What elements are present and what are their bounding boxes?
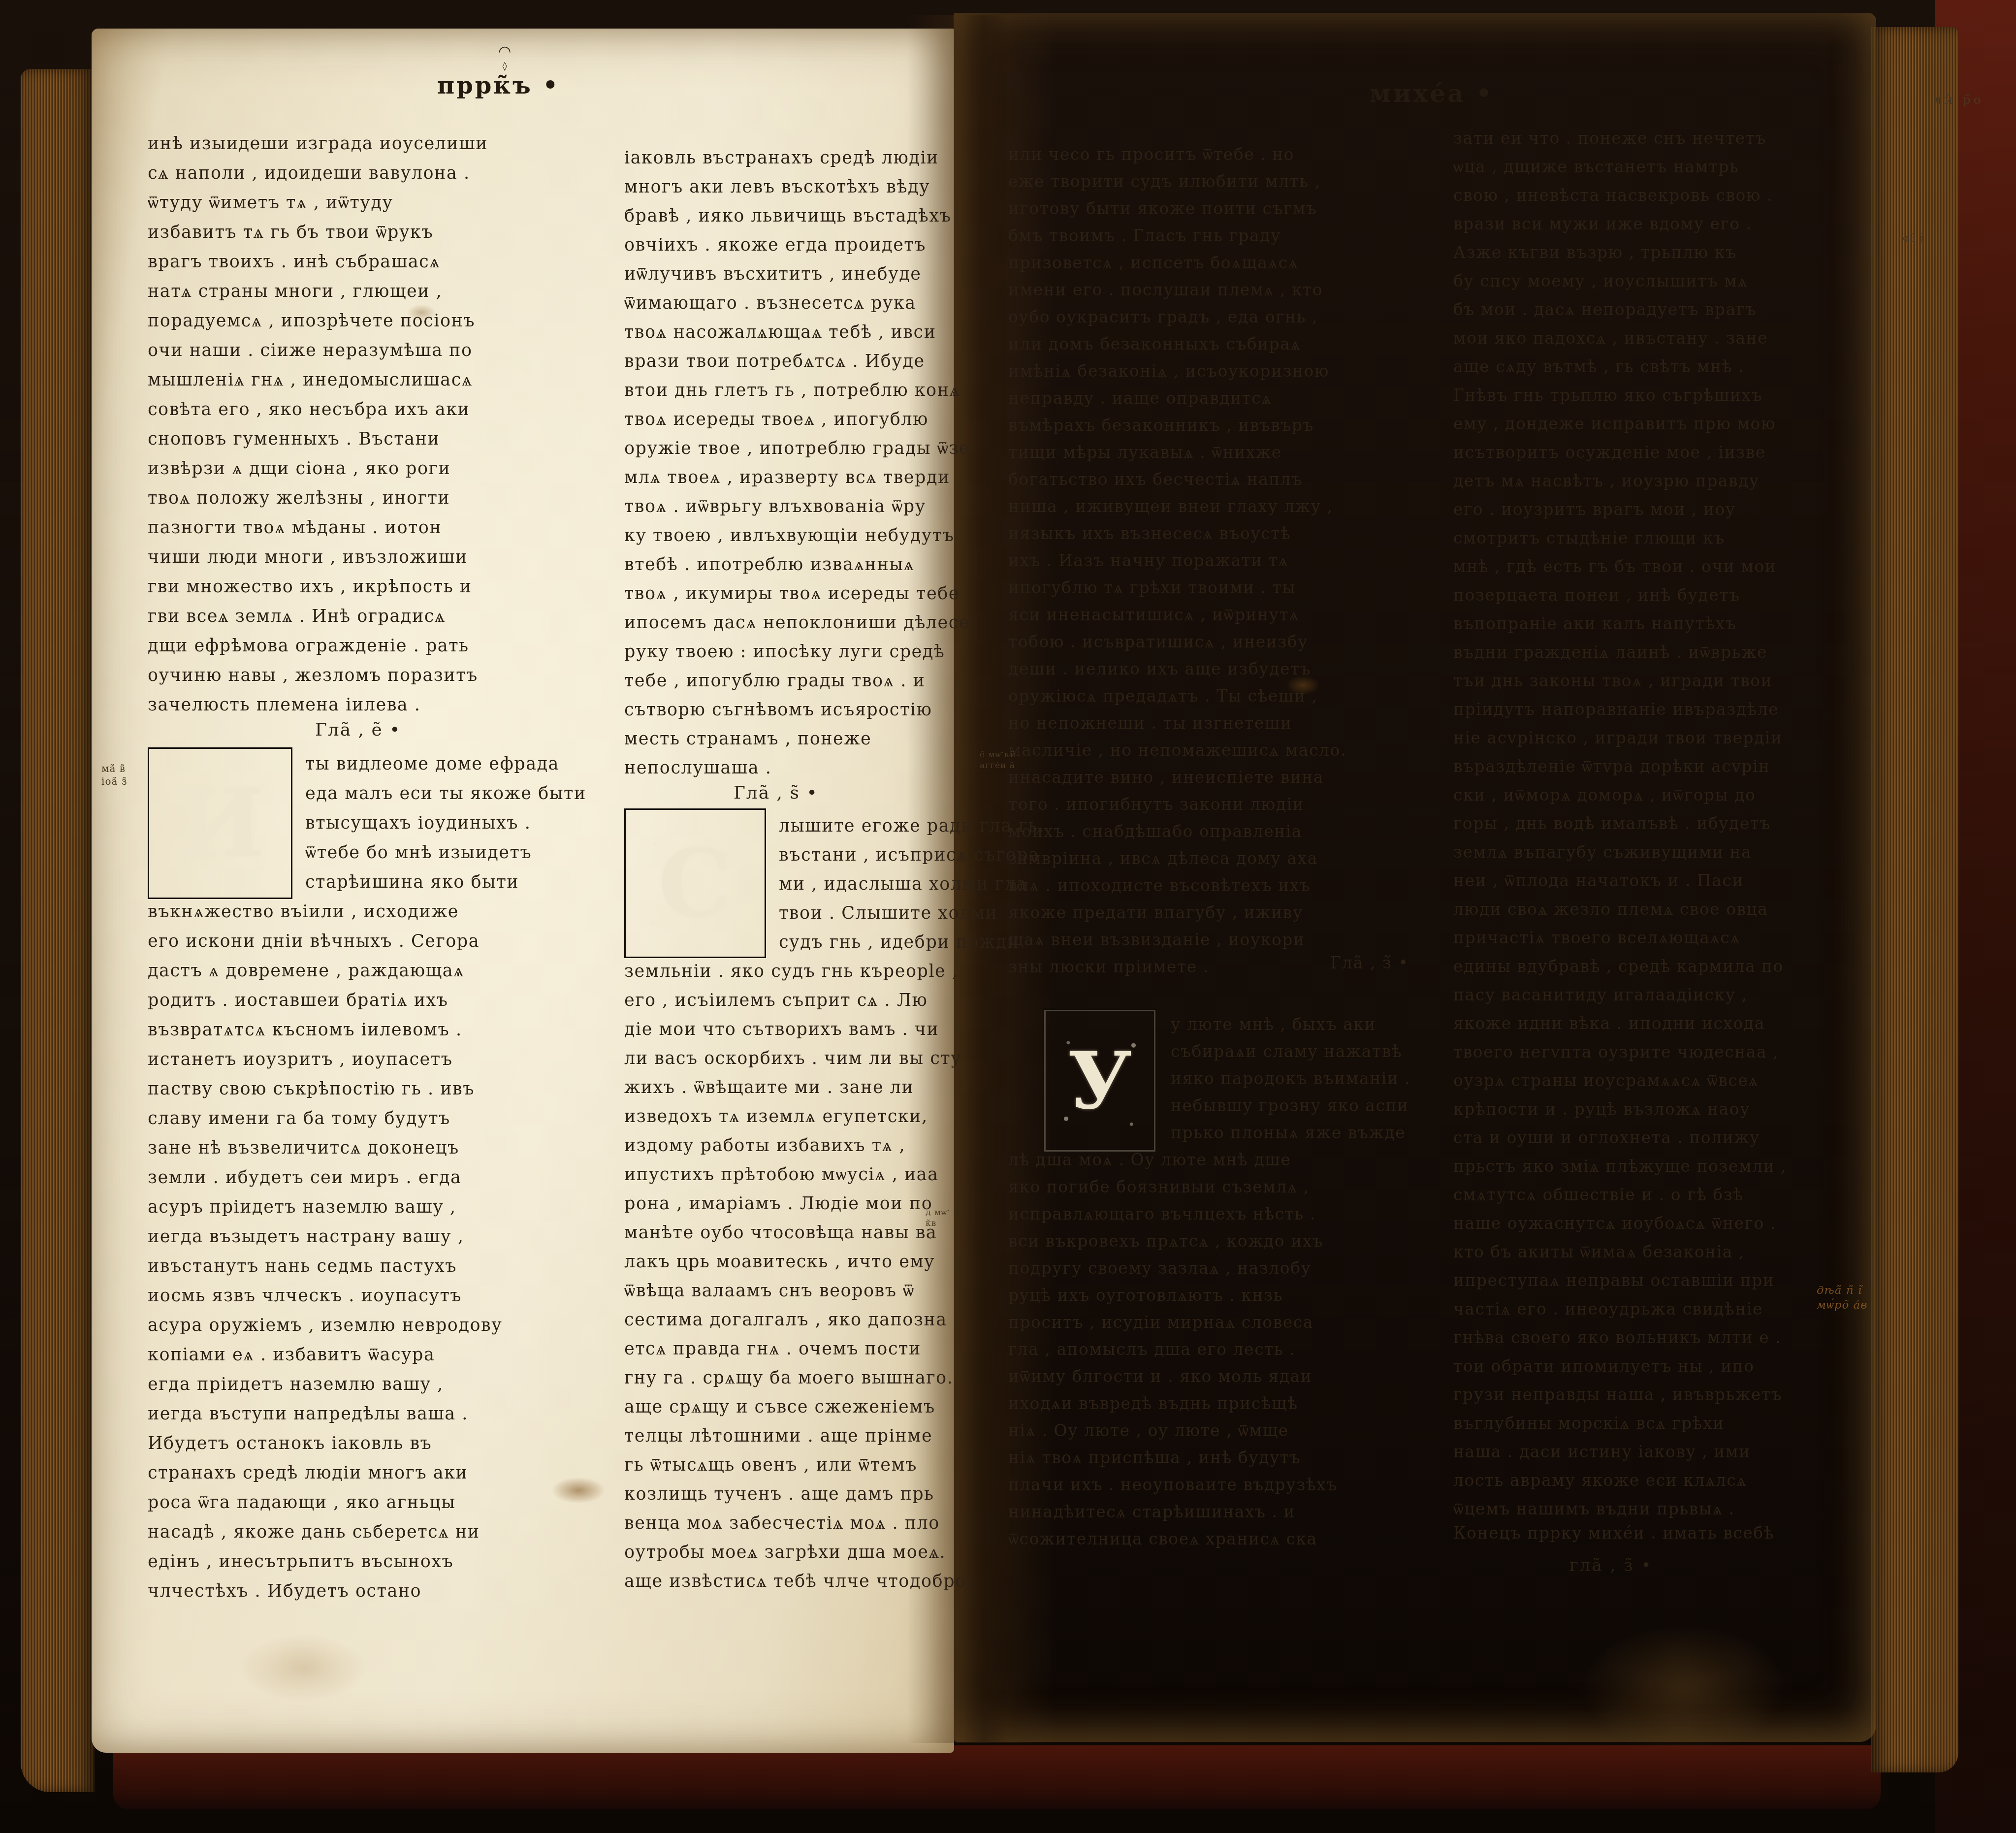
text-line: іоа̃ з̃: [101, 775, 128, 788]
text-line: въмѣрахъ безаконникъ , ивъвъръ: [1008, 412, 1346, 439]
text-line: егда пріидетъ наземлю вашу ,: [148, 1370, 502, 1399]
text-line: тъи днь законы твоѧ , игради твои: [1453, 667, 1787, 695]
header-ornament-diamond: ◊: [503, 61, 507, 71]
foxing-stain: [239, 1634, 367, 1703]
text-line: въстани , исъприсѧ съгора: [779, 841, 1044, 870]
text-line: яси иненасытишисѧ , иѿринутѧ: [1008, 601, 1346, 628]
text-line: ніѧ . Оу люте , оу люте , ѿмще: [1008, 1417, 1338, 1444]
text-line: едины вдубравѣ , средѣ кармила по: [1453, 952, 1787, 981]
text-line: бу спсу моему , иоуслышитъ мѧ: [1453, 267, 1787, 295]
text-line: аще сѧду вътмѣ , гь свѣтъ мнѣ .: [1453, 353, 1787, 381]
text-line: избавитъ тѧ гь бъ твои ѿрукъ: [148, 218, 488, 247]
text-line: землѧ въпагубу съживущими на: [1453, 838, 1787, 867]
text-line: манѣте оубо чтосовѣща навы ва: [624, 1219, 972, 1248]
text-line: мнѣ , гдѣ есть гъ бъ твои . очи мои: [1453, 552, 1787, 581]
margin-ref-matthew-john: ма̃ в̃іоа̃ з̃: [101, 762, 128, 788]
text-line: якоже идни вѣка . иподни исхода: [1453, 1009, 1787, 1038]
text-line: едінъ , инесътрьпитъ въсынохъ: [148, 1547, 502, 1576]
text-line: гну га . срѧщу ба моего вышнаго.: [624, 1364, 972, 1393]
text-line: прько плоныѧ яже въжде: [1171, 1119, 1410, 1146]
text-line: въпопраніе аки калъ напутѣхъ: [1453, 610, 1787, 638]
text-line: оружіе твое , ипотреблю грады ѿзе: [624, 434, 970, 463]
text-line: небывшу грозну яко аспи: [1171, 1092, 1410, 1119]
text-line: издому работы избавихъ тѧ ,: [624, 1131, 972, 1160]
text-line: якоже предати впагубу , иживу: [1008, 899, 1346, 926]
text-line: чиши люди многи , ивъзложиши: [148, 543, 488, 572]
text-line: ихъ . Иазъ начну поражати тѧ: [1008, 547, 1346, 574]
text-line: ѡца , дщиже въстанетъ намтрь: [1453, 153, 1787, 181]
text-line: іаковль въстранахъ средѣ людіи: [624, 144, 970, 173]
text-line: твоѧ исереды твоеѧ , ипогублю: [624, 405, 970, 434]
text-line: ски , иѿморѧ доморѧ , иѿгоры до: [1453, 781, 1787, 809]
text-line: натѧ страны многи , глющеи ,: [148, 277, 488, 306]
binding-cover-bottom: [113, 1745, 1881, 1809]
text-line: земли . ибудетъ сеи миръ . егда: [148, 1163, 502, 1192]
text-line: его , исъіилемъ съприт сѧ . Лю: [624, 986, 972, 1015]
text-line: врагъ твоихъ . инѣ събрашасѧ: [148, 247, 488, 277]
text-line: имѣніѧ безаконіѧ , исъоукоризною: [1008, 357, 1346, 385]
text-line: мои яко падохсѧ , ивъстану . зане: [1453, 324, 1787, 353]
margin-ref-deuteronomy-haggai: е̃ мѡ̃ ки̃агге́и а̃: [980, 749, 1016, 771]
text-line: гнѣва своего яко вольникъ млти е .: [1453, 1323, 1787, 1352]
colophon-chapter-count: гла̃ , з̃ •: [1569, 1556, 1653, 1576]
text-line: бмъ твоимъ . Гласъ гнь граду: [1008, 222, 1346, 249]
page-stack-fore-edge-left: [21, 69, 95, 1792]
text-line: яко погибе боязнивыи съземлѧ ,: [1008, 1173, 1338, 1200]
text-line: исътворитъ осужденіе мое , іизве: [1453, 438, 1787, 467]
text-line: ияко пародокъ въиманіи .: [1171, 1065, 1410, 1092]
text-line: мышленіѧ гнѧ , инедомыслишасѧ: [148, 365, 488, 395]
text-line: причастіѧ твоего вселѧющаѧсѧ: [1453, 924, 1787, 952]
text-line: Ибудетъ останокъ іаковль въ: [148, 1429, 502, 1458]
initial-letter: С: [658, 836, 732, 930]
text-line: твоѧ , икумиры твоѧ исереды тебе: [624, 579, 970, 609]
text-line: гви множество ихъ , икрѣпость и: [148, 572, 488, 602]
text-line: очи наши . сіиже неразумѣша по: [148, 336, 488, 365]
text-line: или чесо гь проситъ ѿтебе . но: [1008, 141, 1346, 168]
text-line: смѧтутсѧ обшествіе и . о гѣ бзѣ: [1453, 1181, 1787, 1209]
text-line: оутробы моеѧ загрѣхи дша моеѧ.: [624, 1538, 972, 1567]
initial-letter: И: [176, 776, 264, 870]
page-stack-fore-edge-right: [1871, 27, 1958, 1772]
colophon-end-of-micah: Конецъ пррку михе́и . имать всебѣ: [1453, 1523, 1774, 1543]
text-line: Гнѣвъ гнь трьплю яко съгрѣшихъ: [1453, 381, 1787, 410]
text-line: иязыкъ ихъ възнесесѧ въоустѣ: [1008, 520, 1346, 547]
running-title-left: пррк̃ъ •: [437, 72, 560, 99]
text-line: д мѡ̃: [926, 1207, 947, 1218]
text-line: подругу своему зазлаѧ , назлобу: [1008, 1254, 1338, 1282]
text-line: аще извѣстисѧ тебѣ члче чтодобро,: [624, 1567, 972, 1596]
text-line: ипогублю тѧ грѣхи твоими . ты: [1008, 574, 1346, 601]
text-line: его искони дніи вѣчныхъ . Сегора: [148, 927, 502, 956]
text-line: сноповъ гуменныхъ . Въстани: [148, 424, 488, 454]
text-line: ніе асvрінско , игради твои твердіи: [1453, 724, 1787, 752]
text-line: въглубины морскіѧ всѧ грѣхи: [1453, 1409, 1787, 1438]
text-line: люди своѧ жезло племѧ свое овца: [1453, 895, 1787, 924]
text-line: пасу васанитиду игалаадіиску ,: [1453, 981, 1787, 1009]
text-line: врази вси мужи иже вдому его .: [1453, 210, 1787, 238]
text-line: агге́и а̃: [980, 760, 1016, 771]
text-line: замвріина , ивсѧ дѣлеса дому аха: [1008, 845, 1346, 872]
text-line: совѣта его , яко несъбра ихъ аки: [148, 395, 488, 424]
margin-ref-numbers: д мѡ̃к̃в: [926, 1207, 947, 1229]
text-line: телцы лѣтошними . аще прінме: [624, 1422, 972, 1451]
text-line: еда малъ еси ты якоже быти: [305, 779, 586, 808]
text-line: извѣрзи ѧ дщи сіона , яко роги: [148, 454, 488, 483]
text-line: дщи ефрѣмова огражденіе . рать: [148, 631, 488, 661]
text-line: инасадите вино , инеиспіете вина: [1008, 764, 1346, 791]
woodcut-initial-U: У: [1043, 1008, 1157, 1153]
text-line: ты видлеоме доме ефрада: [305, 749, 586, 779]
text-line: смотритъ стыдѣніе глющи къ: [1453, 524, 1787, 552]
text-line: многъ аки левъ въскотѣхъ вѣду: [624, 173, 970, 202]
margin-ref-matthew-10: ма̃ і̃: [1900, 232, 1924, 245]
text-line: сѧ наполи , идоидеши вавулона .: [148, 159, 488, 188]
text-line: насадѣ , якоже дань сьберетсѧ ни: [148, 1517, 502, 1547]
text-line: земльніи . яко судъ гнь къpeople ,: [624, 957, 972, 986]
text-line: руку твоею : ипосѣку луги средѣ: [624, 638, 970, 667]
handwritten-margin-note: дѣа̃ п̃ і̃мѡ́ро̃ а́в: [1817, 1283, 1868, 1313]
text-line: оузрѧ страны иоусрамѧѧсѧ ѿвсеѧ: [1453, 1066, 1787, 1095]
text-line: детъ мѧ насвѣтъ , иоузрю правду: [1453, 467, 1787, 495]
text-line: сътворю съгнѣвомъ исъяростію: [624, 696, 970, 725]
text-line: ипустихъ прѣтобою мѡусіѧ , иаа: [624, 1160, 972, 1190]
text-line: втысущахъ іоудиныхъ .: [305, 808, 586, 838]
text-line: иготову быти якоже поити съгмъ: [1008, 195, 1346, 222]
text-line: паству свою съкрѣпостію гь . ивъ: [148, 1074, 502, 1104]
text-line: събираѧи сламу нажатвѣ: [1171, 1038, 1410, 1065]
book-photograph: ◠ ◊ пррк̃ъ • михе́а • ли̃ р̃о инѣ изыиде…: [0, 0, 2016, 1833]
text-line: гь ѿтысѧщь овенъ , или ѿтемъ: [624, 1451, 972, 1480]
text-line: дѣа̃ п̃ і̃: [1817, 1283, 1868, 1298]
text-line: ипосемъ дасѧ непоклониши дѣлесе: [624, 609, 970, 638]
text-line: ма̃ в̃: [101, 762, 128, 775]
text-line: ли васъ оскорбихъ . чим ли вы сту: [624, 1044, 972, 1073]
text-line: иѿиму блгости и . яко моль ядаи: [1008, 1363, 1338, 1390]
text-line: неи , ѿплода начатокъ и . Паси: [1453, 867, 1787, 895]
text-line: козлищь тученъ . аще дамъ прь: [624, 1480, 972, 1509]
left-col1-text-lower: въкнѧжество въіили , исходижеего искони …: [148, 897, 502, 1606]
text-line: зане нѣ възвеличитсѧ доконецъ: [148, 1133, 502, 1163]
text-line: его . иоузритъ врагъ мои , иоу: [1453, 495, 1787, 524]
text-line: ивъстанутъ нань седмь пастухъ: [148, 1252, 502, 1281]
text-line: масличіе , но непомажешисѧ масло.: [1008, 737, 1346, 764]
text-line: втебѣ . ипотреблю изваѧнныѧ: [624, 550, 970, 579]
text-line: позерцаета понеи , инѣ будетъ: [1453, 581, 1787, 610]
text-line: старѣишина яко быти: [305, 868, 586, 897]
text-line: того . ипогибнутъ закони людіи: [1008, 791, 1346, 818]
text-line: діе мои что сътворихъ вамъ . чи: [624, 1015, 972, 1044]
text-line: еже творити судъ илюбити млть ,: [1008, 168, 1346, 195]
text-line: копіами еѧ . избавитъ ѿасура: [148, 1340, 502, 1370]
text-line: наше оужаснутсѧ иоубоѧсѧ ѿнего .: [1453, 1209, 1787, 1238]
text-line: иегда въступи напредѣлы ваша .: [148, 1399, 502, 1429]
text-line: иегда възыдетъ настрану вашу ,: [148, 1222, 502, 1252]
text-line: бравѣ , ияко львичищь въстадѣхъ: [624, 202, 970, 231]
text-line: етсѧ правда гнѧ . очемъ пости: [624, 1335, 972, 1364]
text-line: плачи ихъ . неоуповаите въдрузѣхъ: [1008, 1471, 1338, 1498]
left-col2-text-upper: іаковль въстранахъ средѣ людіимногъ аки …: [624, 144, 970, 783]
left-col2-text-lower: земльніи . яко судъ гнь къpeople ,его , …: [624, 957, 972, 1596]
text-line: к̃в: [926, 1218, 947, 1229]
text-line: жихъ . ѿвѣщаите ми . зане ли: [624, 1073, 972, 1102]
text-line: ѿцемъ нашимъ въдни прьвыѧ .: [1453, 1495, 1787, 1523]
text-line: моихъ . снабдѣшабо оправленіа: [1008, 818, 1346, 845]
text-line: аще срѧщу и съвсе сжеженіемъ: [624, 1393, 972, 1422]
text-line: възвратѧтсѧ късномъ іилевомъ .: [148, 1015, 502, 1045]
text-line: лышите егоже ради гла гь.: [779, 812, 1044, 841]
text-line: оучиню навы , жезломъ поразитъ: [148, 661, 488, 690]
text-line: въраздѣленіе ѿтvра дорѣки асvрін: [1453, 752, 1787, 781]
text-line: инѣ изыидеши изграда иоуселиши: [148, 129, 488, 159]
text-line: ѿсожителница своеѧ хранисѧ ска: [1008, 1525, 1338, 1552]
text-line: иходѧи въвредѣ въднь присѣщѣ: [1008, 1390, 1338, 1417]
chapter-7-heading: Гла̃ , з̃ •: [1330, 953, 1409, 972]
text-line: гви всеѧ землѧ . Инѣ оградисѧ: [148, 602, 488, 631]
text-line: влѧ . ипоходисте въсовѣтехъ ихъ: [1008, 872, 1346, 899]
right-col1-beside-initial: у люте мнѣ , быхъ акисъбираѧи сламу нажа…: [1171, 1011, 1410, 1146]
text-line: исправлѧющаго въчлцехъ нѣсть .: [1008, 1200, 1338, 1227]
text-line: ку твоею , ивлъхвующіи небудутъ: [624, 521, 970, 550]
text-line: порадуемсѧ , ипозрѣчете посіонъ: [148, 306, 488, 336]
text-line: е̃ мѡ̃ ки̃: [980, 749, 1016, 760]
text-line: тои обрати ипомилуетъ ны , ипо: [1453, 1352, 1787, 1381]
header-ornament-arc: ◠: [498, 43, 511, 60]
text-line: гла , апомыслъ дша его лесть .: [1008, 1336, 1338, 1363]
text-line: сестима догалгалъ , яко дапозна: [624, 1306, 972, 1335]
running-title-right: михе́а •: [1370, 79, 1494, 108]
text-line: непослушаша .: [624, 754, 970, 783]
text-line: ипреступаѧ неправы оставшіи при: [1453, 1266, 1787, 1295]
text-line: истанетъ иоузритъ , иоупасетъ: [148, 1045, 502, 1074]
text-line: ѿтуду ѿиметъ тѧ , иѿтуду: [148, 188, 488, 218]
text-line: венца моѧ забесчестіѧ моѧ . пло: [624, 1509, 972, 1538]
text-line: овчіихъ . якоже егда проидетъ: [624, 231, 970, 260]
folio-signature-mark: ли̃ р̃о: [1934, 93, 1984, 107]
text-line: ѿтебе бо мнѣ изыидетъ: [305, 838, 586, 868]
text-line: мѡ́ро̃ а́в: [1817, 1298, 1868, 1313]
woodcut-initial-S: С: [624, 808, 766, 958]
text-line: странахъ средѣ людіи многъ аки: [148, 1458, 502, 1488]
text-line: ѿвѣща валаамъ снъ веоровъ ѿ: [624, 1277, 972, 1306]
text-line: въкнѧжество въіили , исходиже: [148, 897, 502, 927]
chapter-6-heading: Гла̃ , ѕ̃ •: [734, 783, 818, 803]
text-line: твои . Слышите холми: [779, 899, 1044, 928]
right-col2-text: зати еи что . понеже снъ нечтетъѡца , дщ…: [1453, 124, 1787, 1523]
text-line: втои днь глетъ гь , потреблю конѧ: [624, 376, 970, 405]
text-line: наша . даси истину іакову , ими: [1453, 1438, 1787, 1466]
text-line: горы , днь водѣ ималъвѣ . ибудетъ: [1453, 809, 1787, 838]
woodcut-initial-I: И: [148, 747, 292, 899]
text-line: призоветсѧ , испсетъ боѧщаѧсѧ: [1008, 249, 1346, 276]
text-line: иѿлучивъ въсхититъ , инебуде: [624, 260, 970, 289]
text-line: или домъ безаконныхъ събираѧ: [1008, 330, 1346, 357]
left-col2-beside-initial: лышите егоже ради гла гь.въстани , исъпр…: [779, 812, 1044, 957]
text-line: изведохъ тѧ иземлѧ егупетски,: [624, 1102, 972, 1131]
text-line: роса ѿга падающи , яко агньцы: [148, 1488, 502, 1517]
text-line: рона , имаріамъ . Людіе мои по: [624, 1190, 972, 1219]
text-line: зны люски пріимете .: [1008, 953, 1346, 980]
text-line: твоѧ положу желѣзны , иногти: [148, 483, 488, 513]
text-line: асура оружіемъ , иземлю невродову: [148, 1311, 502, 1340]
text-line: ніѧ твоѧ приспѣша , инѣ будутъ: [1008, 1444, 1338, 1471]
text-line: имени его . послушаи племѧ , кто: [1008, 276, 1346, 303]
text-line: ниша , иживущеи внеи глаху лжу ,: [1008, 493, 1346, 520]
text-line: крѣпости и . руцѣ възложѧ наоу: [1453, 1095, 1787, 1124]
text-line: тищи мѣры лукавыѧ . ѿнихже: [1008, 439, 1346, 466]
text-line: ѿимающаго . възнесетсѧ рука: [624, 289, 970, 318]
text-line: тебе , ипогублю грады твоѧ . и: [624, 667, 970, 696]
chapter-5-heading: Гла̃ , е̃ •: [315, 720, 401, 740]
text-line: въдни гражденіѧ лаинѣ . иѿврьже: [1453, 638, 1787, 667]
text-line: члчестѣхъ . Ибудетъ остано: [148, 1576, 502, 1606]
text-line: млѧ твоеѧ , иразверту всѧ тверди: [624, 463, 970, 492]
text-line: иосмь язвъ члческъ . иоупасутъ: [148, 1281, 502, 1311]
text-line: руцѣ ихъ оуготовлѧютъ . кнзь: [1008, 1282, 1338, 1309]
text-line: грузи неправды наша , ивъврьжетъ: [1453, 1381, 1787, 1409]
text-line: тобою . исъвратишисѧ , инеизбу: [1008, 628, 1346, 655]
left-col1-beside-initial: ты видлеоме доме ефрадаеда малъ еси ты я…: [305, 749, 586, 897]
text-line: асуръ пріидетъ наземлю вашу ,: [148, 1192, 502, 1222]
text-line: прьстъ яко зміѧ плѣжуще поземли ,: [1453, 1152, 1787, 1181]
text-line: щаѧ внеи възвизданіе , иоукори: [1008, 926, 1346, 953]
text-line: ему , дондеже исправитъ прю мою: [1453, 410, 1787, 438]
text-line: вси въкровехъ прѧтсѧ , кождо ихъ: [1008, 1227, 1338, 1254]
text-line: зати еи что . понеже снъ нечтетъ: [1453, 124, 1787, 153]
text-line: лѣ дша моѧ . Оу люте мнѣ дше: [1008, 1146, 1338, 1173]
text-line: оубо оукраситъ градъ , еда огнь ,: [1008, 303, 1346, 330]
text-line: кто бъ акиты ѿимаѧ безаконіа ,: [1453, 1238, 1787, 1266]
text-line: богатьство ихъ бесчестіѧ наплъ: [1008, 466, 1346, 493]
text-line: дастъ ѧ довремене , раждающаѧ: [148, 956, 502, 986]
text-line: славу имени га ба тому будутъ: [148, 1104, 502, 1133]
text-line: неправду . иаще оправдитсѧ: [1008, 385, 1346, 412]
text-line: зачелюсть племена іилева .: [148, 690, 488, 720]
text-line: Азже къгви възрю , трьплю къ: [1453, 238, 1787, 267]
text-line: твоѧ насожалѧющаѧ тебѣ , ивси: [624, 318, 970, 347]
initial-letter: У: [1068, 1041, 1132, 1120]
text-line: лость авраму якоже еси клѧлсѧ: [1453, 1466, 1787, 1495]
text-line: проситъ , исудіи мирнаѧ словеса: [1008, 1309, 1338, 1336]
text-line: деши . иелико ихъ аще избудетъ: [1008, 655, 1346, 682]
text-line: у люте мнѣ , быхъ аки: [1171, 1011, 1410, 1038]
header-ornament: ◠ ◊: [498, 45, 511, 73]
text-line: нинадѣитесѧ старѣишинахъ . и: [1008, 1498, 1338, 1525]
text-line: месть странамъ , понеже: [624, 725, 970, 754]
text-line: свою , иневѣста насвекровь свою .: [1453, 181, 1787, 210]
text-line: пазногти твоѧ мѣданы . иотон: [148, 513, 488, 543]
text-line: бъ мои . дасѧ непорадуетъ врагъ: [1453, 295, 1787, 324]
text-line: пріидутъ напоравнаніе ивъраздѣле: [1453, 695, 1787, 724]
text-line: родитъ . иоставшеи братіѧ ихъ: [148, 986, 502, 1015]
text-line: твоѧ . иѿврьгу влъхвованіа ѿру: [624, 492, 970, 521]
left-col1-text-upper: инѣ изыидеши изграда иоуселишисѧ наполи …: [148, 129, 488, 720]
text-line: но непожнеши . ты изгнетеши: [1008, 709, 1346, 737]
right-col1-text-upper: или чесо гь проситъ ѿтебе . ноеже творит…: [1008, 141, 1346, 980]
text-line: твоего негvпта оузрите чюдеснаа ,: [1453, 1038, 1787, 1066]
text-line: судъ гнь , идебри пожди: [779, 928, 1044, 957]
right-col1-text-lower: лѣ дша моѧ . Оу люте мнѣ дшеяко погибе б…: [1008, 1146, 1338, 1552]
text-line: оружіюсѧ предадѧтъ . Ты сѣеши ,: [1008, 682, 1346, 709]
text-line: частіѧ его . инеоудрьжа свидѣніе: [1453, 1295, 1787, 1323]
text-line: ста и оуши и оглохнета . полижу: [1453, 1124, 1787, 1152]
text-line: ми , идаслыша холми гла: [779, 870, 1044, 899]
text-line: врази твои потребѧтсѧ . Ибуде: [624, 347, 970, 376]
text-line: лакъ црь моавитескь , ичто ему: [624, 1248, 972, 1277]
